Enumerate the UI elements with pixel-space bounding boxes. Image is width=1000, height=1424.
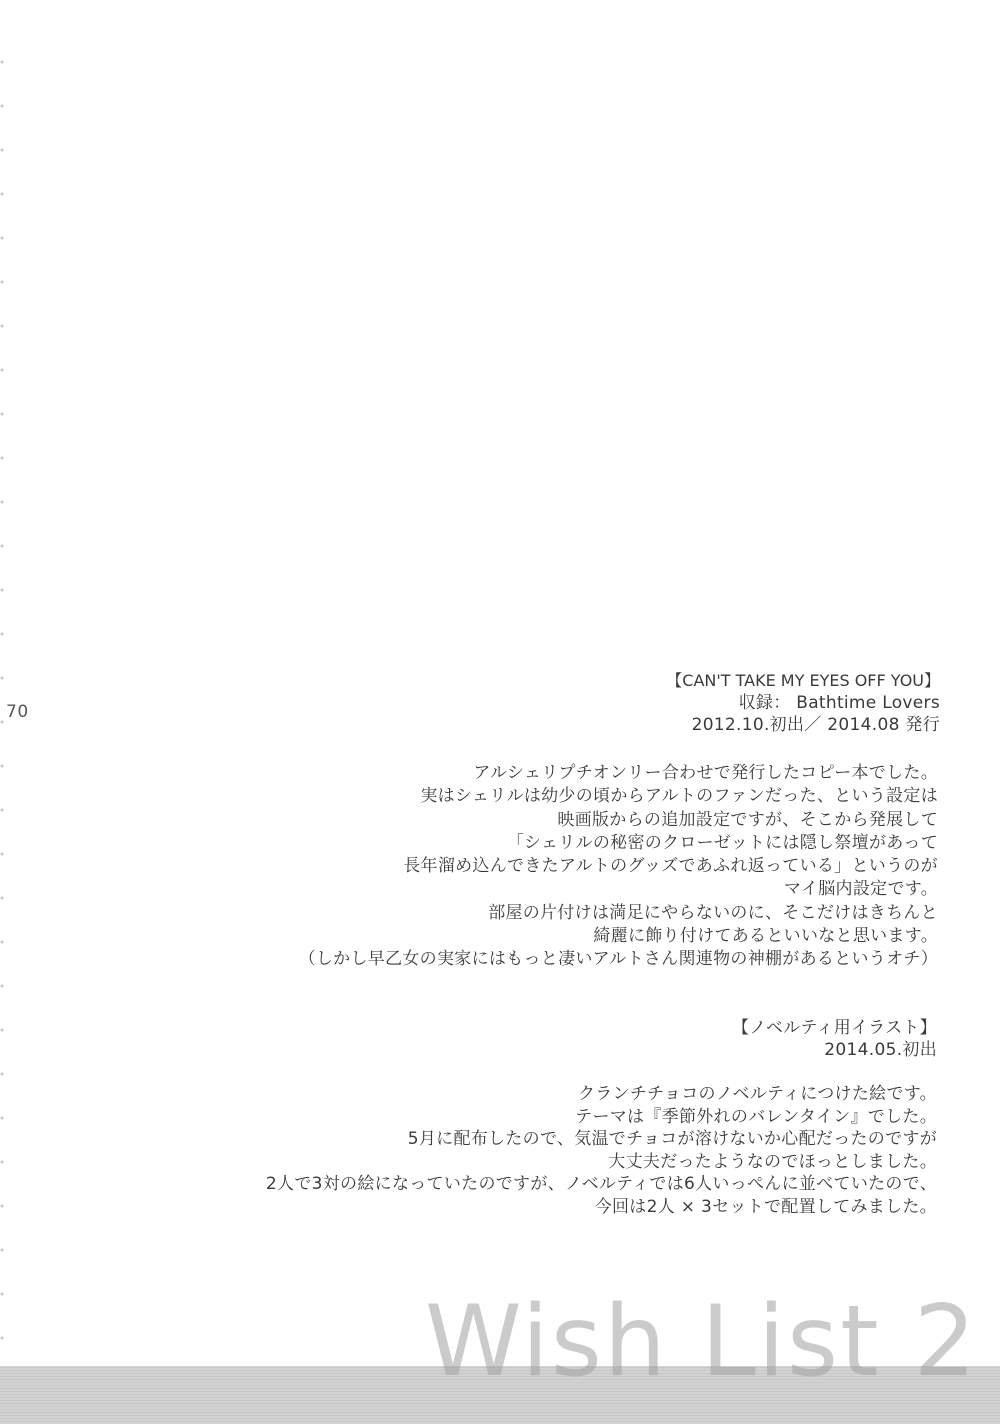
section-1-title: 【CAN'T TAKE MY EYES OFF YOU】 xyxy=(666,670,940,692)
body-line: テーマは『季節外れのバレンタイン』でした。 xyxy=(266,1106,937,1129)
body-line: 映画版からの追加設定ですが、そこから発展して xyxy=(299,809,938,832)
body-line: 今回は2人 × 3セットで配置してみました。 xyxy=(266,1196,937,1219)
series-title: Wish List 2 xyxy=(425,1282,978,1402)
body-line: 綺麗に飾り付けてあるといいなと思います。 xyxy=(299,925,938,948)
section-1-dates: 2012.10.初出／ 2014.08 発行 xyxy=(666,714,940,736)
body-line: 大丈夫だったようなのでほっとしました。 xyxy=(266,1151,937,1174)
body-line: 2人で3対の絵になっていたのですが、ノベルティでは6人いっぺんに並べていたので、 xyxy=(266,1173,937,1196)
body-line: 長年溜め込んできたアルトのグッズであふれ返っている」というのが xyxy=(299,855,938,878)
section-2-header: 【ノベルティ用イラスト】 2014.05.初出 xyxy=(732,1017,937,1061)
body-line: アルシェリプチオンリー合わせで発行したコピー本でした。 xyxy=(299,762,938,785)
body-line: 実はシェリルは幼少の頃からアルトのファンだった、という設定は xyxy=(299,785,938,808)
body-line: マイ脳内設定です。 xyxy=(299,878,938,901)
body-line: クランチチョコのノベルティにつけた絵です。 xyxy=(266,1083,937,1106)
section-2-title: 【ノベルティ用イラスト】 xyxy=(732,1017,937,1039)
body-line: 5月に配布したので、気温でチョコが溶けないか心配だったのですが xyxy=(266,1128,937,1151)
body-line: 部屋の片付けは満足にやらないのに、そこだけはきちんと xyxy=(299,902,938,925)
section-2-dates: 2014.05.初出 xyxy=(732,1039,937,1061)
section-1-collected-in: 収録： Bathtime Lovers xyxy=(666,692,940,714)
body-line: 「シェリルの秘密のクローゼットには隠し祭壇があって xyxy=(299,832,938,855)
page-number: 70 xyxy=(6,702,29,722)
body-line: （しかし早乙女の実家にはもっと凄いアルトさん関連物の神棚があるというオチ） xyxy=(299,948,938,971)
section-2-body: クランチチョコのノベルティにつけた絵です。 テーマは『季節外れのバレンタイン』で… xyxy=(266,1083,937,1218)
section-1-header: 【CAN'T TAKE MY EYES OFF YOU】 収録： Bathtim… xyxy=(666,670,940,736)
section-1-body: アルシェリプチオンリー合わせで発行したコピー本でした。 実はシェリルは幼少の頃か… xyxy=(299,762,938,972)
